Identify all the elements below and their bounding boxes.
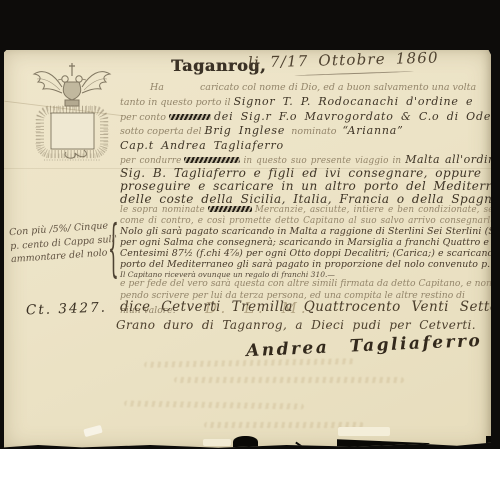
paper-crease bbox=[4, 168, 491, 169]
handwritten-text: porto del Mediterraneo gli sarà pagato i… bbox=[120, 259, 500, 270]
printed-text: nominato bbox=[285, 126, 342, 137]
handwritten-text: Brig Inglese bbox=[205, 124, 286, 137]
printed-text: e per fede del vero sarà questa con altr… bbox=[120, 278, 500, 289]
document-line: Cap.t Andrea Tagliaferro bbox=[120, 139, 496, 154]
printed-text: per conto bbox=[120, 112, 166, 123]
repair-tape-patch bbox=[338, 427, 390, 436]
document-line: e per fede del vero sarà questa con altr… bbox=[120, 278, 496, 290]
amount-in-words-line1: dice Cetverti Tremilla Quattrocento Vent… bbox=[120, 299, 498, 315]
document-paper: Taganrog, li 7/17 Ottobre 1860 Hacaricat… bbox=[4, 50, 491, 449]
amount-in-words-line2: Grano duro di Taganrog, a Dieci pudi per… bbox=[116, 318, 476, 332]
printed-text: caricato col nome di Dio, ed a buon salv… bbox=[200, 82, 476, 93]
document-line: Hacaricato col nome di Dio, ed a buon sa… bbox=[150, 81, 496, 95]
handwritten-text: Centesimi 87½ (f.chi 4⅞) per ogni Otto d… bbox=[120, 248, 500, 259]
ink-show-through bbox=[124, 400, 304, 409]
cargo-amount-code: Ct. 3427. bbox=[26, 300, 108, 319]
handwritten-text: delle coste della Sicilia, Italia, Franc… bbox=[120, 192, 500, 206]
document-line: le sopra nominateMercanzie, asciutte, in… bbox=[120, 205, 496, 216]
handwritten-text: dei Sig.r F.o Mavrogordato & C.o di Odes… bbox=[214, 110, 500, 123]
document-photo: Taganrog, li 7/17 Ottobre 1860 Hacaricat… bbox=[0, 0, 500, 500]
document-line: Il Capitano riceverà ovunque un regalo d… bbox=[120, 271, 496, 279]
handwritten-text: “Arianna” bbox=[342, 124, 403, 137]
handwritten-text: Malta all'ordine dei bbox=[405, 153, 500, 166]
handwritten-text: Signor T. P. Rodocanachi d'ordine e bbox=[234, 95, 474, 108]
printed-text: in questo suo presente viaggio in bbox=[243, 156, 405, 166]
cancellation-scribble bbox=[208, 206, 252, 212]
cancellation-scribble bbox=[169, 114, 211, 120]
body-text-column: Hacaricato col nome di Dio, ed a buon sa… bbox=[120, 81, 496, 317]
cancellation-scribble bbox=[184, 157, 240, 163]
double-headed-eagle-crest-icon bbox=[24, 60, 120, 162]
ink-show-through bbox=[174, 377, 404, 383]
handwritten-date: li 7/17 Ottobre 1860 bbox=[248, 49, 439, 72]
document-line: per contodei Sig.r F.o Mavrogordato & C.… bbox=[120, 110, 496, 125]
captain-signature: Andrea Tagliaferro bbox=[246, 331, 483, 361]
printed-text: Mercanzie, asciutte, intiere e ben condi… bbox=[255, 205, 500, 215]
margin-note: Con più /5%/ Cinque p. cento di Cappa su… bbox=[9, 218, 132, 267]
document-line: tanto in questo porto il Signor T. P. Ro… bbox=[120, 95, 496, 110]
handwritten-text: Cap.t Andrea Tagliaferro bbox=[120, 139, 284, 152]
printed-text: tanto in questo porto il bbox=[120, 97, 234, 108]
pen-flourish bbox=[294, 71, 414, 76]
handwritten-text: Nolo gli sarà pagato scaricando in Malta… bbox=[120, 226, 500, 237]
paper-tear bbox=[83, 425, 102, 437]
handwritten-text: per ogni Salma che consegnerà; scaricand… bbox=[120, 237, 489, 248]
printed-text: come di contro, e così promette detto Ca… bbox=[120, 216, 500, 226]
document-line: delle coste della Sicilia, Italia, Franc… bbox=[120, 193, 496, 206]
printed-text: per condurre bbox=[120, 156, 181, 166]
document-line: sotto coperta del Brig Inglese nominato … bbox=[120, 124, 496, 139]
printed-text: Ha bbox=[150, 82, 164, 93]
light-patch bbox=[203, 439, 231, 446]
printed-text: le sopra nominate bbox=[120, 205, 205, 215]
ink-show-through bbox=[144, 358, 354, 368]
printed-text: sotto coperta del bbox=[120, 126, 205, 137]
